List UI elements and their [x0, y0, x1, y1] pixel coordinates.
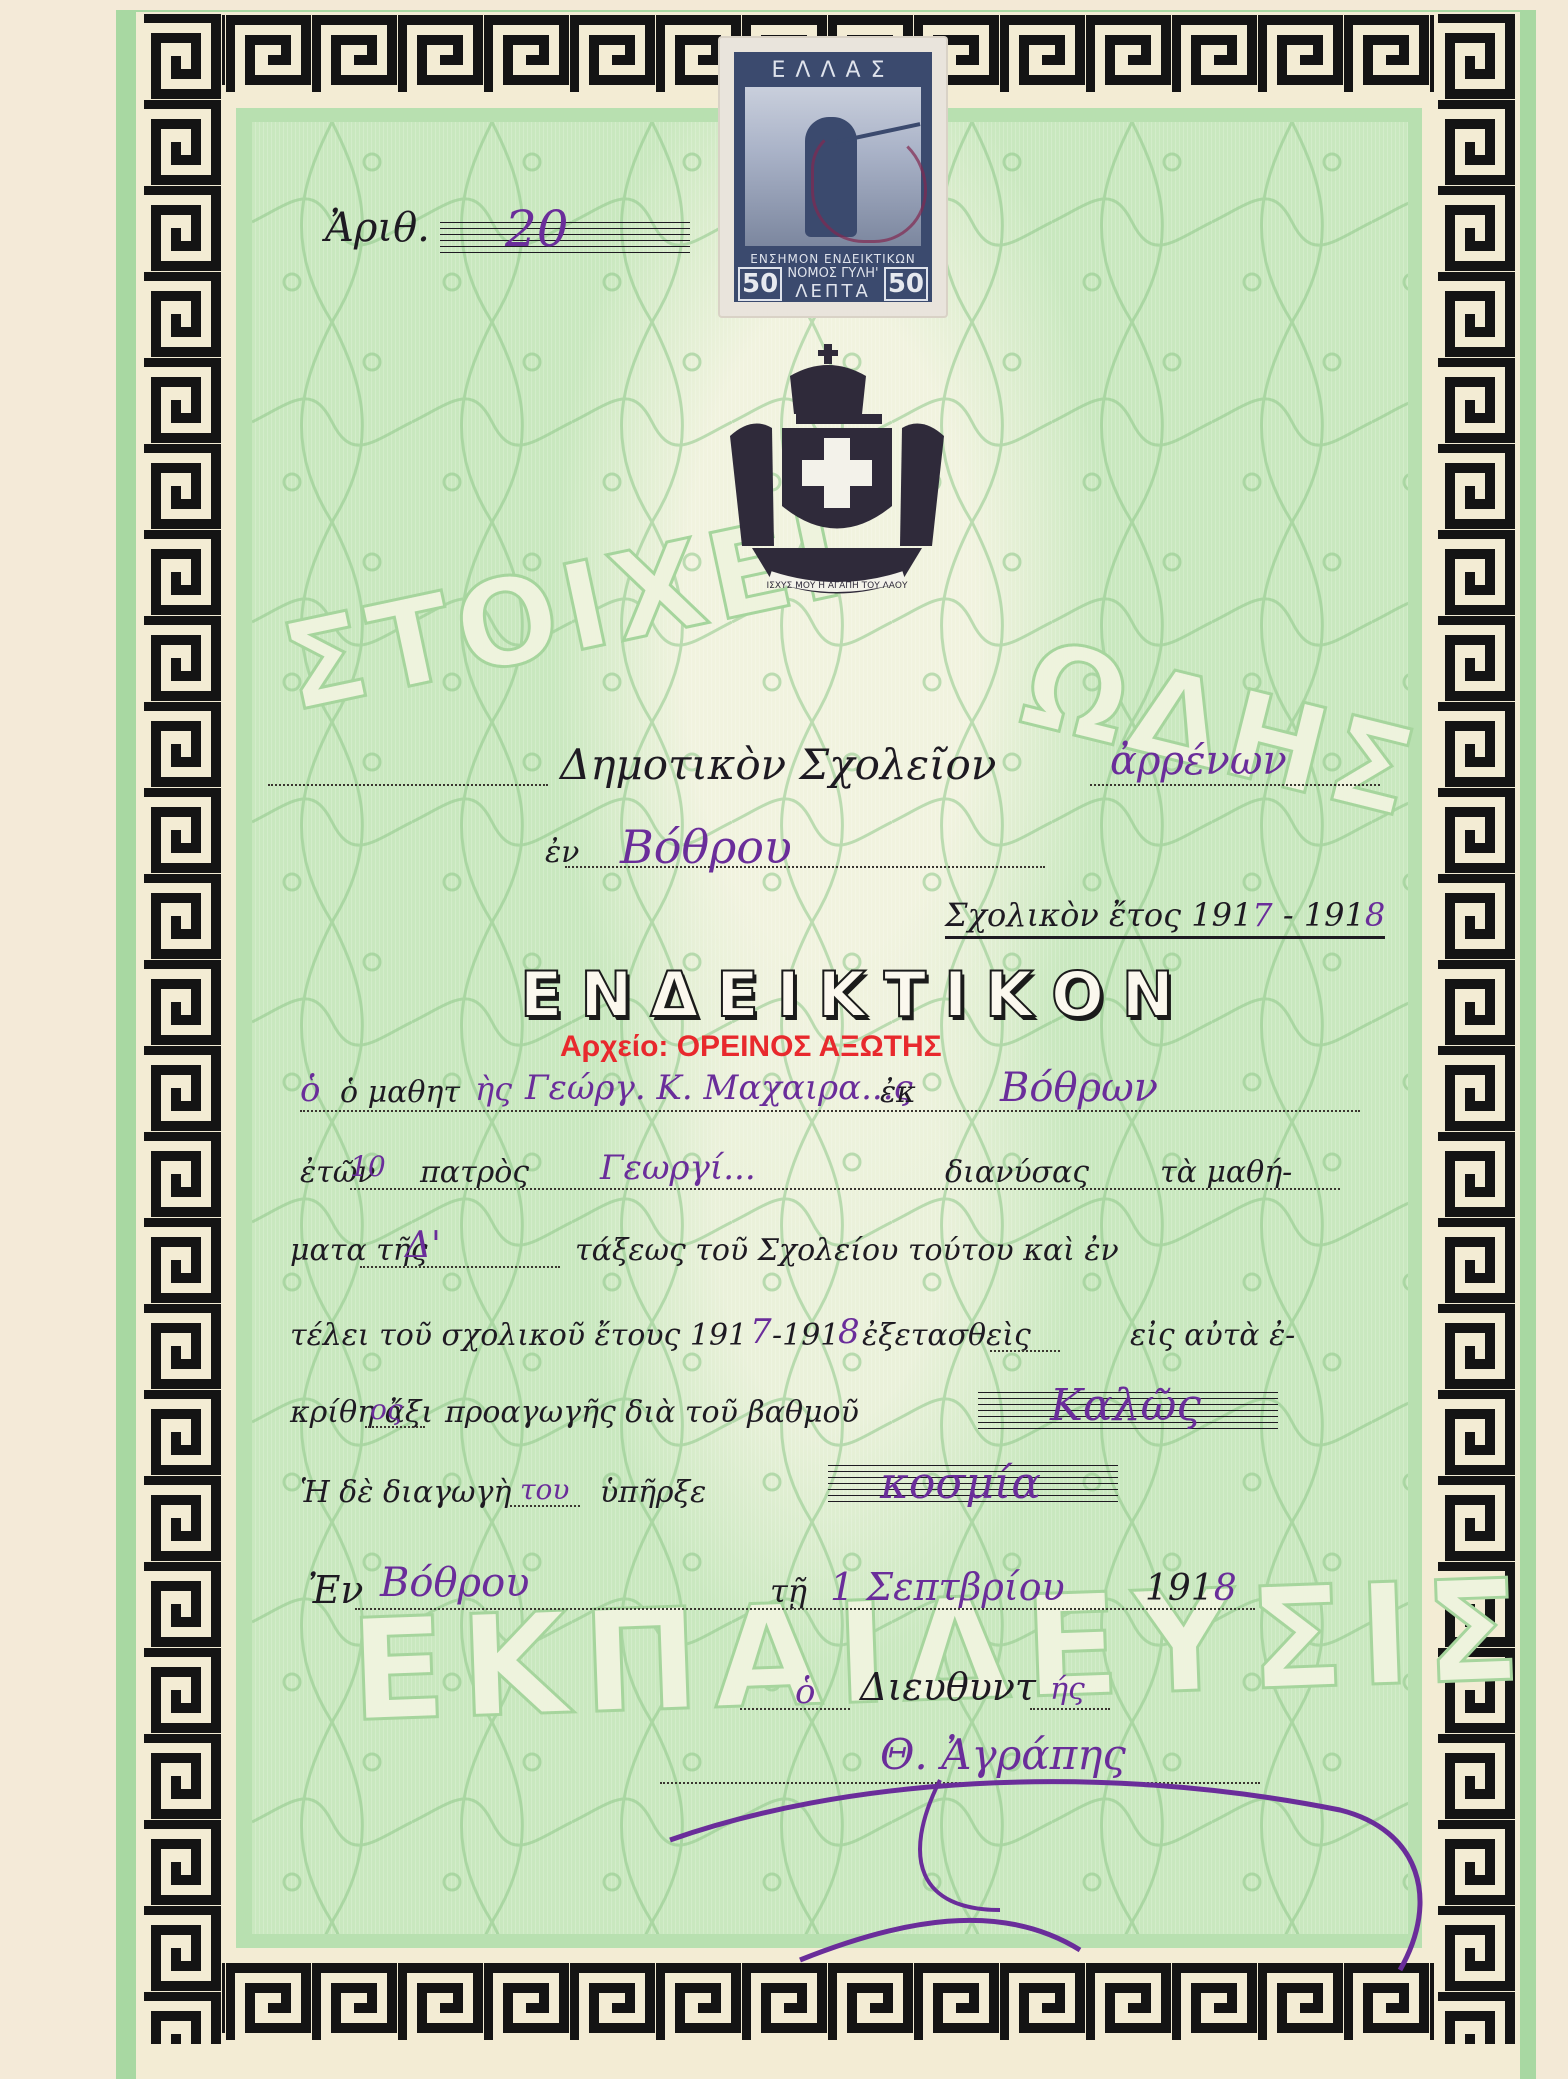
cancellation-mark-icon [811, 127, 927, 243]
student-name: Γεώργ. Κ. Μαχαιρα...ς [525, 1068, 913, 1108]
line4-year-a: 7 [750, 1312, 772, 1352]
stamp-line2: ΝΟΜΟΣ ΓΥΛΗ' [787, 266, 878, 281]
student-origin: Βόθρων [1000, 1065, 1158, 1111]
line5-suffix: ος [370, 1393, 403, 1426]
revenue-stamp: ΕΛΛΑΣ ΕΝΣΗΜΟΝ ΕΝΔΕΙΚΤΙΚΩΝ 50 ΝΟΜΟΣ ΓΥΛΗ'… [720, 38, 946, 316]
location-value: Βόθρου [620, 820, 792, 874]
date-on-label: τῇ [770, 1572, 807, 1610]
signature-flourish-icon [640, 1720, 1480, 1980]
school-year-sep: - 191 [1273, 896, 1365, 934]
line4-year-sep: -191 [772, 1318, 839, 1353]
line4-dots [990, 1350, 1060, 1352]
paper-margin [0, 0, 120, 2079]
line6-label: Ἡ δὲ διαγωγὴ [300, 1475, 511, 1510]
school-value: ἀρρένων [1110, 738, 1287, 784]
line6-was-label: ὑπῆρξε [600, 1475, 706, 1510]
greek-royal-coat-of-arms-icon: ΙΣΧΥΣ ΜΟΥ Η ΑΓΑΠΗ ΤΟΥ ΛΑΟΥ [712, 336, 962, 606]
school-year-value-a: 7 [1252, 896, 1272, 934]
number-label: Ἀριθ. [325, 205, 430, 251]
school-year-value-b: 8 [1365, 896, 1385, 934]
father-name: Γεωργί... [600, 1148, 756, 1188]
line4-examined: ἐξετασθεὶς [862, 1318, 1031, 1353]
greek-key-border-left-icon [140, 14, 222, 2044]
school-label: Δημοτικὸν Σχολεῖον [560, 740, 996, 789]
line2-completed-label: διανύσας [945, 1155, 1089, 1190]
coat-motto: ΙΣΧΥΣ ΜΟΥ Η ΑΓΑΠΗ ΤΟΥ ΛΑΟΥ [767, 581, 908, 591]
school-value-dots [1090, 784, 1380, 786]
signature-suffix-dots [1030, 1708, 1110, 1710]
line4-label: τέλει τοῦ σχολικοῦ ἔτους 191 [290, 1318, 747, 1353]
signature-suffix: ής [1050, 1672, 1085, 1707]
location-label: ἐν [545, 835, 579, 870]
line2-lessons-label: τὰ μαθή- [1160, 1155, 1292, 1190]
line3-rest: τάξεως τοῦ Σχολείου τούτου καὶ ἐν [575, 1233, 1119, 1268]
date-year: 1918 [1145, 1568, 1237, 1609]
stamp-line1: ΕΝΣΗΜΟΝ ΕΝΔΕΙΚΤΙΚΩΝ [750, 252, 915, 266]
stamp-value-left: 50 [738, 267, 782, 301]
line6-suffix: του [520, 1473, 569, 1506]
date-year-print: 191 [1145, 1568, 1214, 1609]
line1-student-suffix: ὴς [475, 1070, 512, 1108]
line5-label: κρίθη ἄξι [290, 1395, 433, 1430]
line5-promotion-label: προαγωγῆς διὰ τοῦ βαθμοῦ [445, 1395, 859, 1430]
line6-dots [510, 1505, 580, 1507]
line2-father-label: πατρὸς [420, 1155, 529, 1190]
line4-year-b: 8 [838, 1312, 860, 1352]
date-place: Βόθρου [380, 1560, 529, 1606]
grade-value: Καλῶς [1050, 1380, 1201, 1431]
line4-rest: εἰς αὐτὰ ἐ- [1130, 1318, 1295, 1353]
certificate-title: ΕΝΔΕΙΚΤΙΚΟΝ [520, 958, 1192, 1031]
archive-watermark-label: Αρχείο: ΟΡΕΙΝΟΣ ΑΞΩΤΗΣ [560, 1030, 942, 1064]
line1-from-label: ἐκ [880, 1075, 916, 1110]
conduct-value: κοσμία [880, 1458, 1041, 1509]
date-year-hand: 8 [1214, 1568, 1237, 1609]
school-year-label: Σχολικὸν ἔτος 191 [945, 896, 1252, 934]
soldier-with-rifle-icon [745, 87, 921, 246]
school-year: Σχολικὸν ἔτος 1917 - 1918 [945, 896, 1385, 939]
date-day-month: 1 Σεπτβρίου [830, 1565, 1065, 1609]
student-class: Δ' [405, 1225, 441, 1266]
signature-title: Διευθυντ [860, 1665, 1036, 1709]
line1-article: ὁ [300, 1070, 320, 1110]
stamp-line3: ΛΕΠΤΑ [795, 281, 871, 302]
line1-student-label: ὁ μαθητ [340, 1075, 460, 1110]
line5-dots [365, 1426, 425, 1428]
line1-dots [300, 1110, 1360, 1112]
stamp-value-right: 50 [884, 267, 928, 301]
school-leading-dots [268, 784, 548, 786]
number-value: 20 [505, 200, 569, 258]
date-in-label: Ἐν [308, 1568, 364, 1612]
student-age: 10 [350, 1150, 386, 1183]
signature-prefix: ὁ [795, 1672, 815, 1712]
stamp-country: ΕΛΛΑΣ [772, 58, 895, 83]
